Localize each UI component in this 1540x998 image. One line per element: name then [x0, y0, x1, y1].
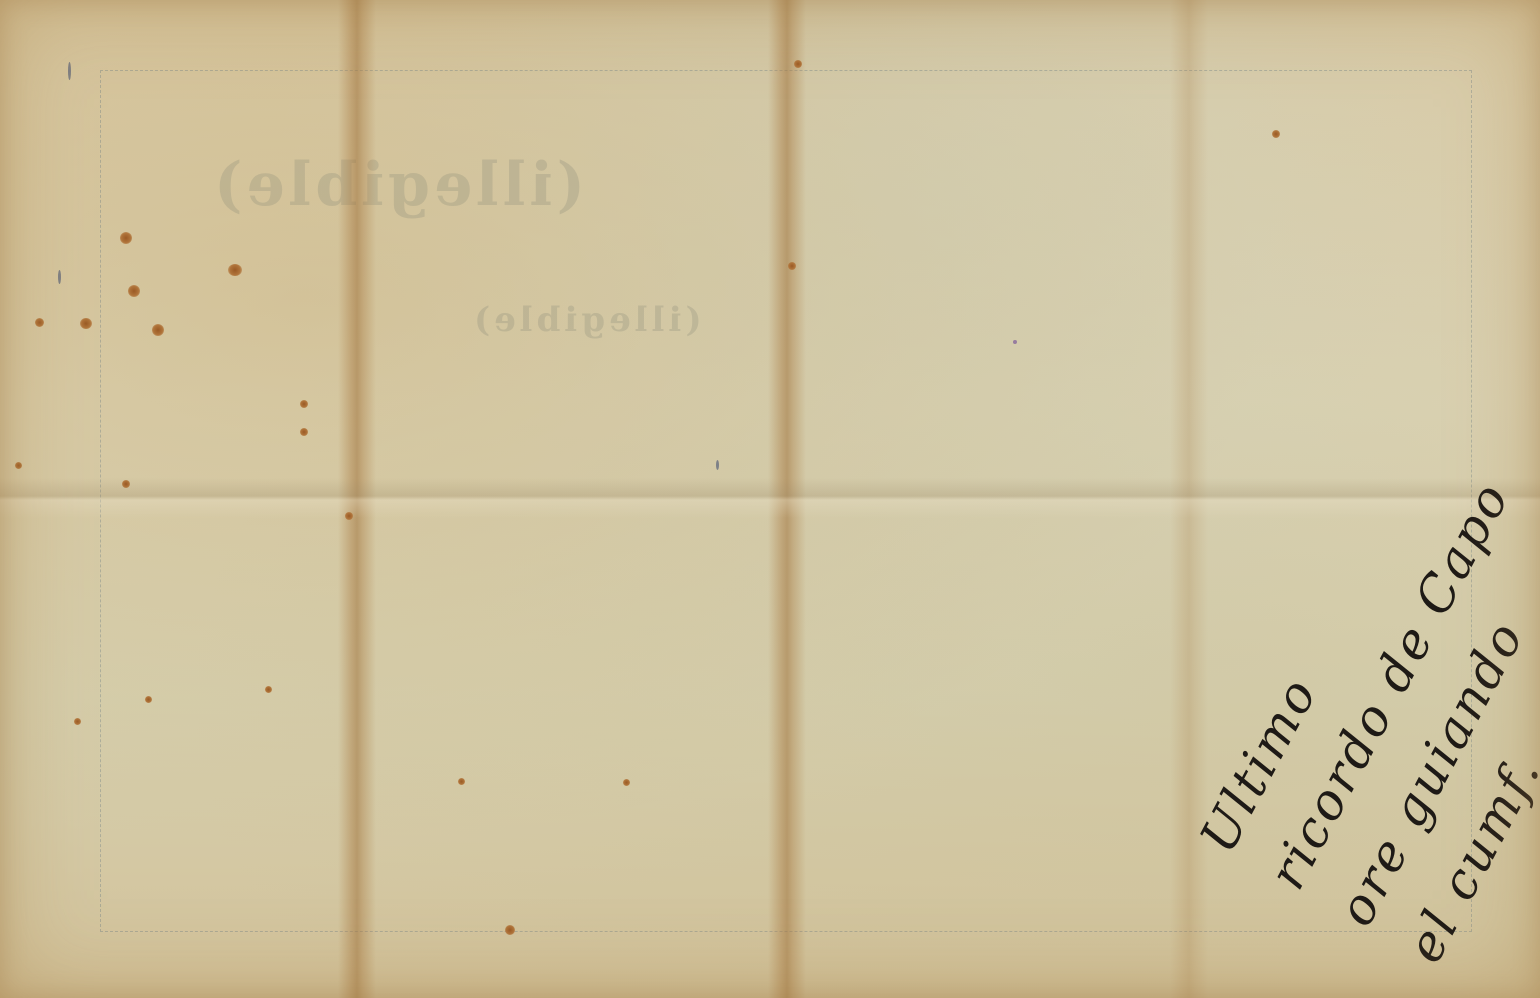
ink-mark	[68, 62, 71, 80]
showthrough-center-text: (illegible)	[470, 300, 702, 340]
foxing-spot	[74, 718, 81, 725]
foxing-spot	[1272, 130, 1280, 138]
foxing-spot	[505, 925, 515, 935]
foxing-spot	[35, 318, 44, 327]
foxing-spot	[794, 60, 802, 68]
fold-line-horizontal	[0, 478, 1540, 518]
foxing-spot	[15, 462, 22, 469]
foxing-spot	[120, 232, 132, 244]
ink-mark	[716, 460, 719, 470]
foxing-spot	[788, 262, 796, 270]
foxing-spot	[458, 778, 465, 785]
foxing-spot	[152, 324, 164, 336]
foxing-spot	[623, 779, 630, 786]
foxing-spot	[345, 512, 353, 520]
ink-mark	[1013, 340, 1017, 344]
foxing-spot	[265, 686, 272, 693]
foxing-spot	[128, 285, 140, 297]
foxing-spot	[228, 264, 242, 276]
foxing-spot	[122, 480, 130, 488]
foxing-spot	[145, 696, 152, 703]
showthrough-number-left: (illegible)	[210, 150, 585, 220]
banknote-back: (illegible) (illegible) Ultimo ricordo d…	[0, 0, 1540, 998]
foxing-spot	[300, 400, 308, 408]
ink-mark	[58, 270, 61, 284]
foxing-spot	[300, 428, 308, 436]
foxing-spot	[80, 318, 92, 329]
